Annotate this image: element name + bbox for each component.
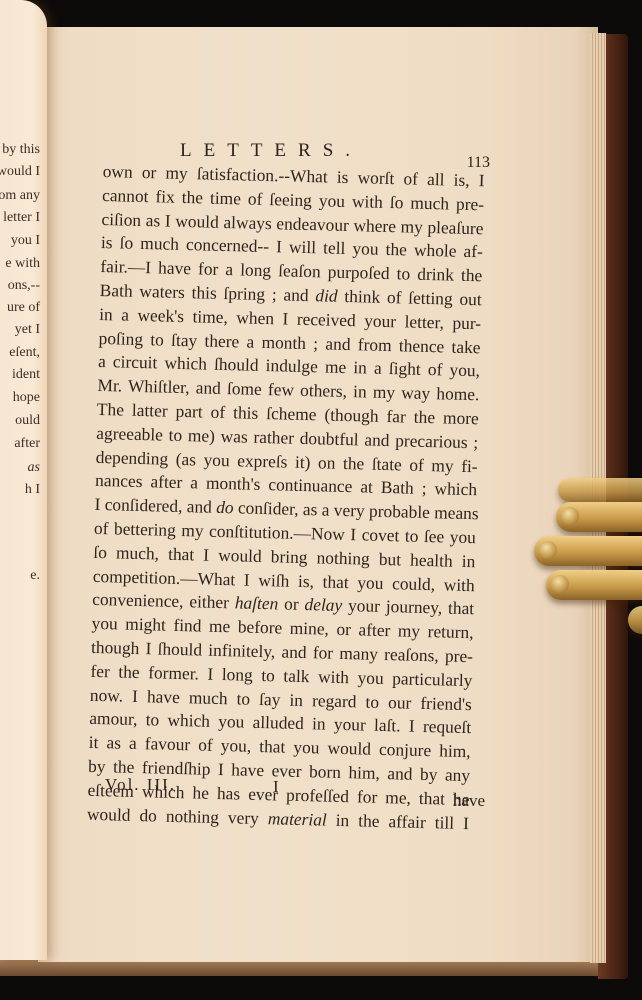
left-page-text-fragment: eſent, [9, 345, 40, 361]
clip-finger-bottom [628, 606, 642, 634]
left-page-text-fragment: letter I [3, 210, 40, 226]
brass-hand-page-clip [528, 478, 642, 638]
left-page-text-fragment: after [14, 436, 40, 452]
book-photo: by thiswould Iom anyletter Iyou Ie witho… [0, 0, 642, 1000]
clip-finger [556, 502, 642, 532]
left-page: by thiswould Iom anyletter Iyou Ie witho… [0, 0, 47, 960]
catchword: have [453, 791, 485, 811]
left-page-text-fragment: e. [30, 568, 40, 584]
book-bottom-board [0, 960, 628, 976]
left-page-text-fragment: ure of [7, 300, 40, 316]
left-page-text-fragment: ould [15, 413, 40, 429]
left-page-text-fragment: would I [0, 164, 40, 180]
left-page-text-fragment: hope [13, 390, 40, 406]
signature-mark: I [273, 777, 279, 797]
left-page-text-fragment: as [28, 460, 40, 476]
left-page-text-fragment: e with [5, 256, 40, 272]
body-text: own or my ſatisfaction.--What is worſt o… [87, 160, 485, 835]
page-footer: Vol. III. I have [105, 775, 485, 815]
left-page-text-fragment: by this [2, 142, 40, 158]
left-page-text-fragment: ident [12, 367, 40, 383]
running-title: LETTERS. [180, 140, 362, 162]
clip-finger [534, 536, 642, 566]
left-page-text-fragment: h I [25, 482, 40, 498]
left-page-text-fragment: om any [0, 188, 40, 204]
volume-label: Vol. III. [105, 775, 176, 795]
left-page-text-fragment: ons,-- [8, 278, 40, 294]
left-page-text-fragment: yet I [15, 322, 40, 338]
clip-finger-top [558, 478, 642, 502]
left-page-text-fragment: you I [11, 233, 40, 249]
clip-finger [546, 570, 642, 600]
